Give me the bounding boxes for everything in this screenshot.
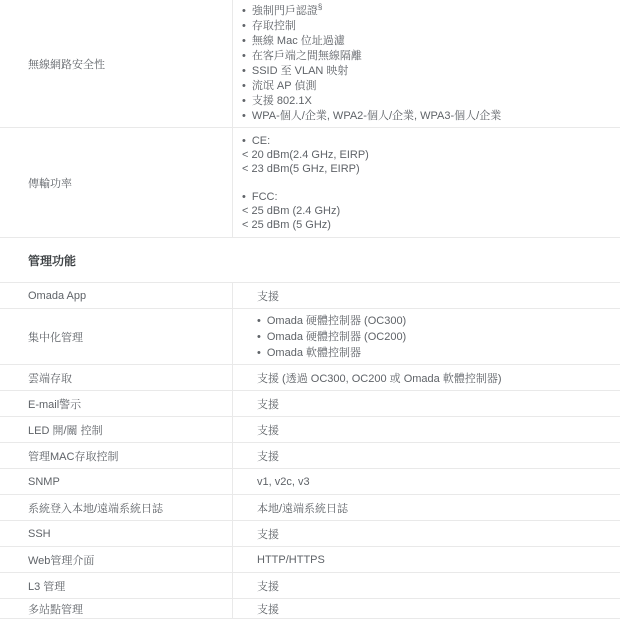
fcc-heading: FCC:: [242, 190, 620, 204]
row-value: 支援: [233, 599, 620, 618]
row-value: 本地/遠端系統日誌: [233, 495, 620, 520]
ce-line: < 23 dBm(5 GHz, EIRP): [242, 162, 620, 176]
row-label: Omada App: [0, 283, 233, 308]
fcc-power-group: FCC: < 25 dBm (2.4 GHz) < 25 dBm (5 GHz): [242, 190, 620, 232]
row-value: 支援: [233, 521, 620, 546]
table-row: 管理MAC存取控制 支援: [0, 443, 620, 469]
row-label: SSH: [0, 521, 233, 546]
row-value: 支援: [233, 573, 620, 598]
fcc-line: < 25 dBm (5 GHz): [242, 218, 620, 232]
table-row: L3 管理 支援: [0, 573, 620, 599]
table-row: Omada App 支援: [0, 283, 620, 309]
controller-list: Omada 硬體控制器 (OC300) Omada 硬體控制器 (OC200) …: [257, 313, 620, 361]
row-label: E-mail警示: [0, 391, 233, 416]
row-value: v1, v2c, v3: [233, 469, 620, 494]
ce-power-group: CE: < 20 dBm(2.4 GHz, EIRP) < 23 dBm(5 G…: [242, 134, 620, 176]
table-row: 多站點管理 支援: [0, 599, 620, 619]
list-item: 流氓 AP 偵測: [242, 79, 620, 94]
spec-table-management: Omada App 支援 集中化管理 Omada 硬體控制器 (OC300) O…: [0, 282, 620, 619]
row-value: 支援: [233, 417, 620, 442]
table-row: SSH 支援: [0, 521, 620, 547]
row-value: 支援: [233, 391, 620, 416]
footnote-marker: §: [318, 2, 322, 11]
table-row: Web管理介面 HTTP/HTTPS: [0, 547, 620, 573]
list-item: 存取控制: [242, 19, 620, 34]
row-label: LED 開/關 控制: [0, 417, 233, 442]
row-label: 管理MAC存取控制: [0, 443, 233, 468]
row-value: 支援: [233, 283, 620, 308]
ce-heading: CE:: [242, 134, 620, 148]
spacer: [242, 176, 620, 190]
spec-row-transmit-power: 傳輸功率 CE: < 20 dBm(2.4 GHz, EIRP) < 23 dB…: [0, 128, 620, 238]
table-row: LED 開/關 控制 支援: [0, 417, 620, 443]
list-item: 無線 Mac 位址過濾: [242, 34, 620, 49]
table-row: SNMP v1, v2c, v3: [0, 469, 620, 495]
row-value: HTTP/HTTPS: [233, 547, 620, 572]
ce-line: < 20 dBm(2.4 GHz, EIRP): [242, 148, 620, 162]
list-item: 在客戶端之間無線隔離: [242, 49, 620, 64]
row-label: 多站點管理: [0, 599, 233, 618]
row-label: 雲端存取: [0, 365, 233, 390]
table-row: 集中化管理 Omada 硬體控制器 (OC300) Omada 硬體控制器 (O…: [0, 309, 620, 365]
row-label: L3 管理: [0, 573, 233, 598]
row-value: Omada 硬體控制器 (OC300) Omada 硬體控制器 (OC200) …: [233, 309, 620, 364]
list-item: SSID 至 VLAN 映射: [242, 64, 620, 79]
list-item: Omada 軟體控制器: [257, 345, 620, 361]
spec-label: 傳輸功率: [0, 128, 233, 237]
spec-value: 強制門戶認證§ 存取控制 無線 Mac 位址過濾 在客戶端之間無線隔離 SSID…: [233, 0, 620, 127]
row-label: 系統登入本地/遠端系統日誌: [0, 495, 233, 520]
list-item: WPA-個人/企業, WPA2-個人/企業, WPA3-個人/企業: [242, 109, 620, 124]
spec-table-top: 無線網路安全性 強制門戶認證§ 存取控制 無線 Mac 位址過濾 在客戶端之間無…: [0, 0, 620, 238]
row-label: SNMP: [0, 469, 233, 494]
row-value: 支援: [233, 443, 620, 468]
table-row: 雲端存取 支援 (透過 OC300, OC200 或 Omada 軟體控制器): [0, 365, 620, 391]
wireless-security-list: 強制門戶認證§ 存取控制 無線 Mac 位址過濾 在客戶端之間無線隔離 SSID…: [242, 4, 620, 124]
table-row: 系統登入本地/遠端系統日誌 本地/遠端系統日誌: [0, 495, 620, 521]
spec-value: CE: < 20 dBm(2.4 GHz, EIRP) < 23 dBm(5 G…: [233, 128, 620, 237]
row-value: 支援 (透過 OC300, OC200 或 Omada 軟體控制器): [233, 365, 620, 390]
row-label: Web管理介面: [0, 547, 233, 572]
table-row: E-mail警示 支援: [0, 391, 620, 417]
wireless-security-label: 無線網路安全性: [28, 56, 105, 72]
row-label: 集中化管理: [0, 309, 233, 364]
list-item: Omada 硬體控制器 (OC300): [257, 313, 620, 329]
spec-label: 無線網路安全性: [0, 0, 233, 127]
spec-row-wireless-security: 無線網路安全性 強制門戶認證§ 存取控制 無線 Mac 位址過濾 在客戶端之間無…: [0, 0, 620, 128]
list-item: Omada 硬體控制器 (OC200): [257, 329, 620, 345]
section-title-management: 管理功能: [0, 238, 620, 282]
fcc-line: < 25 dBm (2.4 GHz): [242, 204, 620, 218]
list-item: 支援 802.1X: [242, 94, 620, 109]
transmit-power-label: 傳輸功率: [28, 175, 72, 191]
list-item: 強制門戶認證§: [242, 4, 620, 19]
